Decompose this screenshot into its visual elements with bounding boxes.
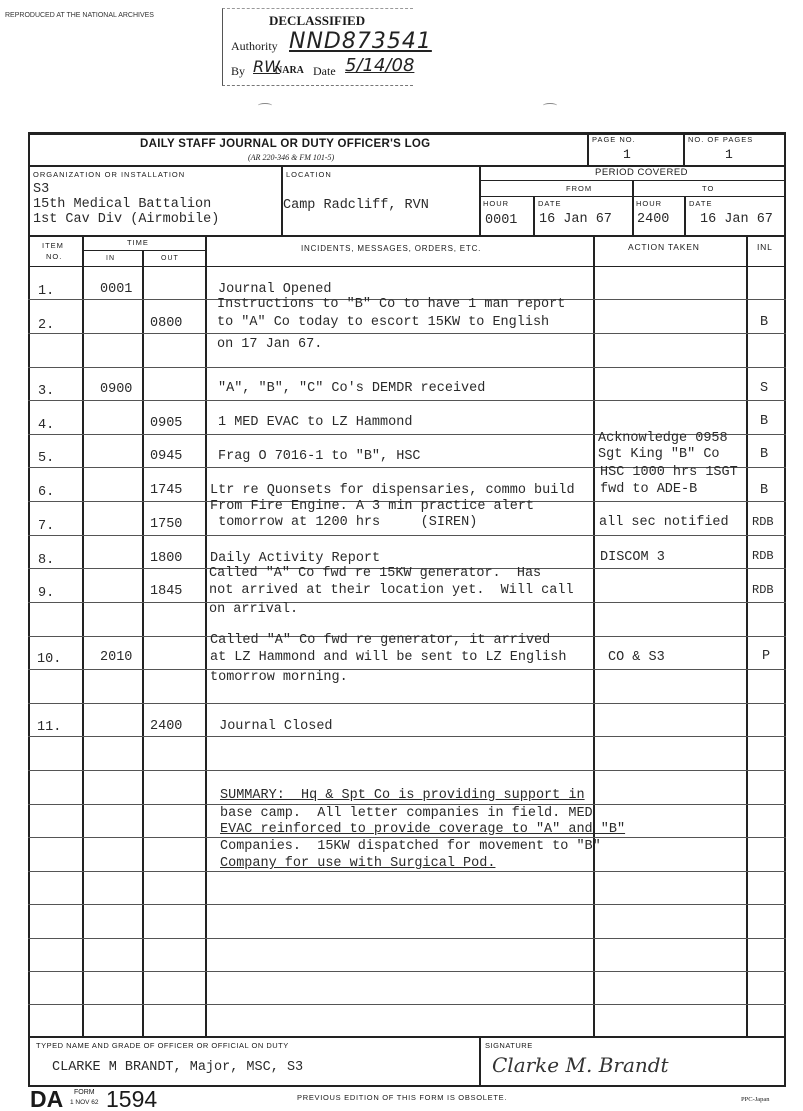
to-hour-value: 2400 xyxy=(637,212,669,227)
time-out: 1750 xyxy=(150,517,182,532)
incident-text: Frag O 7016-1 to "B", HSC xyxy=(218,449,421,464)
column-divider xyxy=(142,250,144,1038)
form-title: DAILY STAFF JOURNAL OR DUTY OFFICER'S LO… xyxy=(140,138,430,150)
row-divider xyxy=(28,535,786,536)
action-text: Sgt King "B" Co xyxy=(598,447,720,462)
initials: B xyxy=(760,447,768,462)
officer-value: CLARKE M BRANDT, Major, MSC, S3 xyxy=(52,1060,303,1075)
signature-label: SIGNATURE xyxy=(485,1041,533,1050)
page-no-value: 1 xyxy=(623,147,631,162)
from-date-label: DATE xyxy=(538,199,561,208)
stamp-title: DECLASSIFIED xyxy=(269,13,365,29)
form-subtitle: (AR 220-346 & FM 101-5) xyxy=(248,153,334,162)
row-divider xyxy=(28,971,786,972)
action-text: CO & S3 xyxy=(608,650,665,665)
stamp-date-value: 5/14/08 xyxy=(345,55,414,76)
summary-line: Companies. 15KW dispatched for movement … xyxy=(220,839,601,854)
stamp-nara-label: NARA xyxy=(275,65,304,76)
incident-text: on 17 Jan 67. xyxy=(217,337,322,352)
row-divider xyxy=(28,770,786,771)
row-divider xyxy=(28,804,786,805)
column-divider xyxy=(593,236,595,1038)
no-of-pages-value: 1 xyxy=(725,147,733,162)
action-text: all sec notified xyxy=(599,515,729,530)
from-label: FROM xyxy=(566,184,592,193)
page-no-label: PAGE NO. xyxy=(592,135,636,144)
summary-line: base camp. All letter companies in field… xyxy=(220,806,593,821)
item-no: 2. xyxy=(38,318,54,333)
item-no: 9. xyxy=(38,586,54,601)
punch-mark xyxy=(543,103,557,108)
divider xyxy=(479,196,786,197)
to-hour-label: HOUR xyxy=(636,199,662,208)
row-divider xyxy=(28,904,786,905)
location-label: LOCATION xyxy=(286,170,332,179)
time-out: 0800 xyxy=(150,316,182,331)
column-divider xyxy=(82,236,84,1038)
row-divider xyxy=(28,938,786,939)
incident-text: to "A" Co today to escort 15KW to Englis… xyxy=(217,315,549,330)
incident-text: 1 MED EVAC to LZ Hammond xyxy=(218,415,412,430)
row-divider xyxy=(28,669,786,670)
initials: RDB xyxy=(752,515,774,529)
divider xyxy=(82,250,205,251)
time-out: 0945 xyxy=(150,449,182,464)
incident-text: not arrived at their location yet. Will … xyxy=(209,583,574,598)
incident-text: at LZ Hammond and will be sent to LZ Eng… xyxy=(210,650,566,665)
header-inl: INL xyxy=(757,242,773,252)
divider xyxy=(479,166,481,236)
row-divider xyxy=(28,266,786,267)
divider xyxy=(684,196,686,236)
divider xyxy=(587,132,589,166)
initials: B xyxy=(760,414,768,429)
initials: P xyxy=(762,649,770,664)
item-no: 4. xyxy=(38,418,54,433)
printer-mark: PPC-Japan xyxy=(741,1096,770,1103)
item-no: 8. xyxy=(38,553,54,568)
item-no: 11. xyxy=(37,720,61,735)
header-incidents: INCIDENTS, MESSAGES, ORDERS, ETC. xyxy=(301,244,481,253)
incident-text: Instructions to "B" Co to have 1 man rep… xyxy=(217,297,565,312)
initials: B xyxy=(760,483,768,498)
organization-label: ORGANIZATION OR INSTALLATION xyxy=(33,170,185,179)
time-out: 1845 xyxy=(150,584,182,599)
from-hour-label: HOUR xyxy=(483,199,509,208)
org-line: 1st Cav Div (Airmobile) xyxy=(33,212,219,227)
incident-text: From Fire Engine. A 3 min practice alert xyxy=(210,499,534,514)
obsolete-note: PREVIOUS EDITION OF THIS FORM IS OBSOLET… xyxy=(297,1093,507,1102)
divider xyxy=(479,1037,481,1087)
item-no: 10. xyxy=(37,652,61,667)
incident-text: Daily Activity Report xyxy=(210,551,380,566)
row-divider xyxy=(28,871,786,872)
summary-line: EVAC reinforced to provide coverage to "… xyxy=(220,822,625,837)
to-date-label: DATE xyxy=(689,199,712,208)
no-of-pages-label: NO. OF PAGES xyxy=(688,135,753,144)
header-time: TIME xyxy=(127,238,149,247)
summary-line: SUMMARY: Hq & Spt Co is providing suppor… xyxy=(220,788,585,803)
item-no: 7. xyxy=(38,519,54,534)
item-no: 6. xyxy=(38,485,54,500)
time-in: 0900 xyxy=(100,382,132,397)
header-out: OUT xyxy=(161,255,179,262)
time-in: 0001 xyxy=(100,282,132,297)
org-line: 15th Medical Battalion xyxy=(33,197,219,212)
incident-text: Called "A" Co fwd re generator, it arriv… xyxy=(210,633,550,648)
divider xyxy=(28,235,786,237)
row-divider xyxy=(28,1004,786,1005)
time-out: 0905 xyxy=(150,416,182,431)
action-text: HSC 1000 hrs 1SGT xyxy=(600,465,738,480)
column-divider xyxy=(205,236,207,1038)
initials: S xyxy=(760,381,768,396)
time-out: 1745 xyxy=(150,483,182,498)
punch-mark xyxy=(258,103,272,108)
incident-text: Journal Opened xyxy=(218,282,331,297)
stamp-by-label: By xyxy=(231,64,245,79)
incident-text: Ltr re Quonsets for dispensaries, commo … xyxy=(210,483,575,498)
time-in: 2010 xyxy=(100,650,132,665)
organization-value: S315th Medical Battalion1st Cav Div (Air… xyxy=(33,182,219,227)
divider xyxy=(533,196,535,236)
divider xyxy=(683,132,685,166)
row-divider xyxy=(28,367,786,368)
time-out: 2400 xyxy=(150,719,182,734)
incident-text: on arrival. xyxy=(209,602,298,617)
incident-text: "A", "B", "C" Co's DEMDR received xyxy=(218,381,485,396)
action-text: fwd to ADE-B xyxy=(600,482,697,497)
column-divider xyxy=(746,236,748,1038)
action-text: DISCOM 3 xyxy=(600,550,665,565)
header-item-no: ITEM xyxy=(42,241,64,250)
row-divider xyxy=(28,333,786,334)
incident-text: Called "A" Co fwd re 15KW generator. Has xyxy=(209,566,541,581)
stamp-authority-label: Authority xyxy=(231,39,278,54)
stamp-date-label: Date xyxy=(313,64,336,79)
location-value: Camp Radcliff, RVN xyxy=(283,198,429,213)
initials: B xyxy=(760,315,768,330)
item-no: 1. xyxy=(38,284,54,299)
item-no: 5. xyxy=(38,451,54,466)
declassified-stamp: DECLASSIFIED Authority NND873541 By RW N… xyxy=(222,8,413,86)
period-covered-label: PERIOD COVERED xyxy=(595,167,688,178)
divider xyxy=(632,180,634,236)
signature: Clarke M. Brandt xyxy=(492,1053,669,1077)
incident-text: tomorrow at 1200 hrs (SIREN) xyxy=(210,515,477,530)
action-text: Acknowledge 0958 xyxy=(598,431,728,446)
row-divider xyxy=(28,736,786,737)
from-date-value: 16 Jan 67 xyxy=(539,212,612,227)
form-date: 1 NOV 62 xyxy=(70,1099,99,1106)
row-divider xyxy=(28,400,786,401)
form-prefix: DA xyxy=(30,1086,63,1111)
from-hour-value: 0001 xyxy=(485,213,517,228)
header-item-no-2: NO. xyxy=(46,252,62,261)
item-no: 3. xyxy=(38,384,54,399)
to-date-value: 16 Jan 67 xyxy=(700,212,773,227)
stamp-authority-value: NND873541 xyxy=(289,29,432,54)
time-out: 1800 xyxy=(150,551,182,566)
officer-label: TYPED NAME AND GRADE OF OFFICER OR OFFIC… xyxy=(36,1041,289,1050)
form-label: FORM xyxy=(74,1089,95,1096)
org-line: S3 xyxy=(33,182,219,197)
summary-line: Company for use with Surgical Pod. xyxy=(220,856,495,871)
incident-text: tomorrow morning. xyxy=(210,670,348,685)
header-in: IN xyxy=(106,255,115,262)
archive-note: REPRODUCED AT THE NATIONAL ARCHIVES xyxy=(5,12,154,19)
row-divider xyxy=(28,837,786,838)
header-action-taken: ACTION TAKEN xyxy=(628,242,700,252)
initials: RDB xyxy=(752,549,774,563)
form-number: 1594 xyxy=(106,1086,157,1111)
row-divider xyxy=(28,703,786,704)
incident-text: Journal Closed xyxy=(211,719,333,734)
row-divider xyxy=(28,602,786,603)
initials: RDB xyxy=(752,583,774,597)
to-label: TO xyxy=(702,184,714,193)
